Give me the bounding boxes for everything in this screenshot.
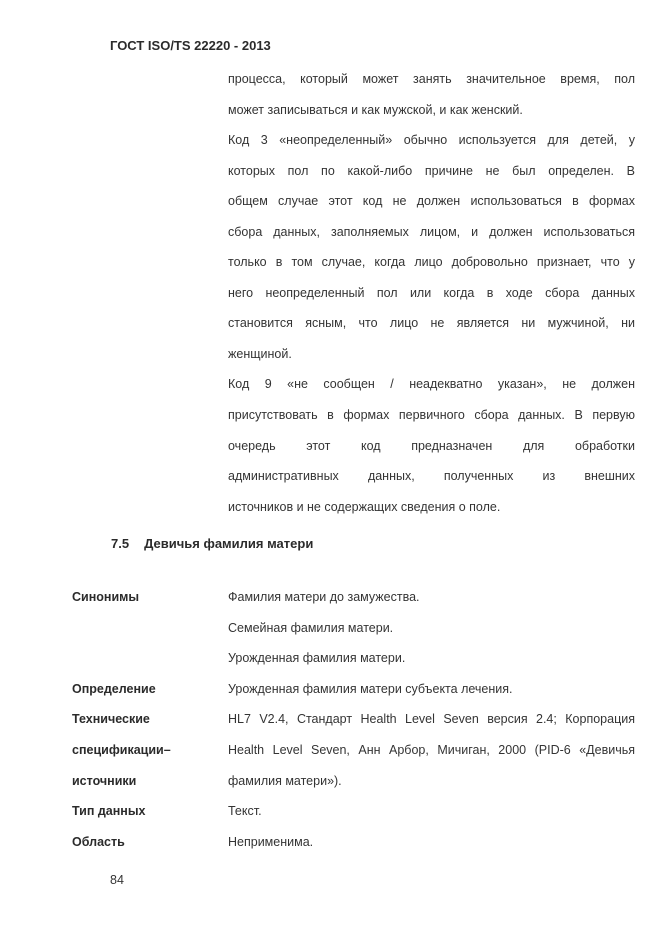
body-line: него неопределенный пол или когда в ходе… [228,278,635,309]
section-number: 7.5 [111,536,129,551]
document-page: ГОСТ ISO/TS 22220 - 2013 процесса, котор… [0,0,662,936]
definition-value: Текст. [228,796,635,827]
definition-label [72,613,228,644]
definition-value: фамилия матери»). [228,766,635,797]
body-line: только в том случае, когда лицо добровол… [228,247,635,278]
definition-label: спецификации– [72,735,228,766]
body-line: женщиной. [228,339,635,370]
body-line: становится ясным, что лицо не является н… [228,308,635,339]
body-line: процесса, который может занять значитель… [228,64,635,95]
body-line: общем случае этот код не должен использо… [228,186,635,217]
body-line: присутствовать в формах первичного сбора… [228,400,635,431]
definition-row: Синонимы Фамилия матери до замужества. [72,582,635,613]
definition-label: Область [72,827,228,858]
page-number: 84 [110,873,124,887]
body-line: очередь этот код предназначен для обрабо… [228,431,635,462]
definition-list: Синонимы Фамилия матери до замужества. С… [72,582,635,857]
body-text-block: процесса, который может занять значитель… [228,64,635,522]
body-line: административных данных, полученных из в… [228,461,635,492]
definition-row: Тип данных Текст. [72,796,635,827]
body-line: источников и не содержащих сведения о по… [228,492,635,523]
definition-value: Неприменима. [228,827,635,858]
document-header: ГОСТ ISO/TS 22220 - 2013 [110,38,271,53]
definition-label [72,643,228,674]
definition-row: Семейная фамилия матери. [72,613,635,644]
definition-row: Технические HL7 V2.4, Стандарт Health Le… [72,704,635,735]
section-heading: 7.5 Девичья фамилия матери [111,536,313,551]
body-line: может записываться и как мужской, и как … [228,95,635,126]
definition-value: Семейная фамилия матери. [228,613,635,644]
definition-label: Технические [72,704,228,735]
definition-row: Урожденная фамилия матери. [72,643,635,674]
body-line: сбора данных, заполняемых лицом, и долже… [228,217,635,248]
definition-label: Синонимы [72,582,228,613]
definition-row: спецификации– Health Level Seven, Анн Ар… [72,735,635,766]
body-line: Код 3 «неопределенный» обычно использует… [228,125,635,156]
definition-label: источники [72,766,228,797]
definition-value: Фамилия матери до замужества. [228,582,635,613]
definition-value: Урожденная фамилия матери субъекта лечен… [228,674,635,705]
definition-label: Тип данных [72,796,228,827]
definition-value: Урожденная фамилия матери. [228,643,635,674]
definition-label: Определение [72,674,228,705]
definition-row: Область Неприменима. [72,827,635,858]
body-line: Код 9 «не сообщен / неадекватно указан»,… [228,369,635,400]
definition-value: HL7 V2.4, Стандарт Health Level Seven ве… [228,704,635,735]
definition-value: Health Level Seven, Анн Арбор, Мичиган, … [228,735,635,766]
body-line: которых пол по какой-либо причине не был… [228,156,635,187]
section-title: Девичья фамилия матери [144,536,313,551]
definition-row: Определение Урожденная фамилия матери су… [72,674,635,705]
definition-row: источники фамилия матери»). [72,766,635,797]
